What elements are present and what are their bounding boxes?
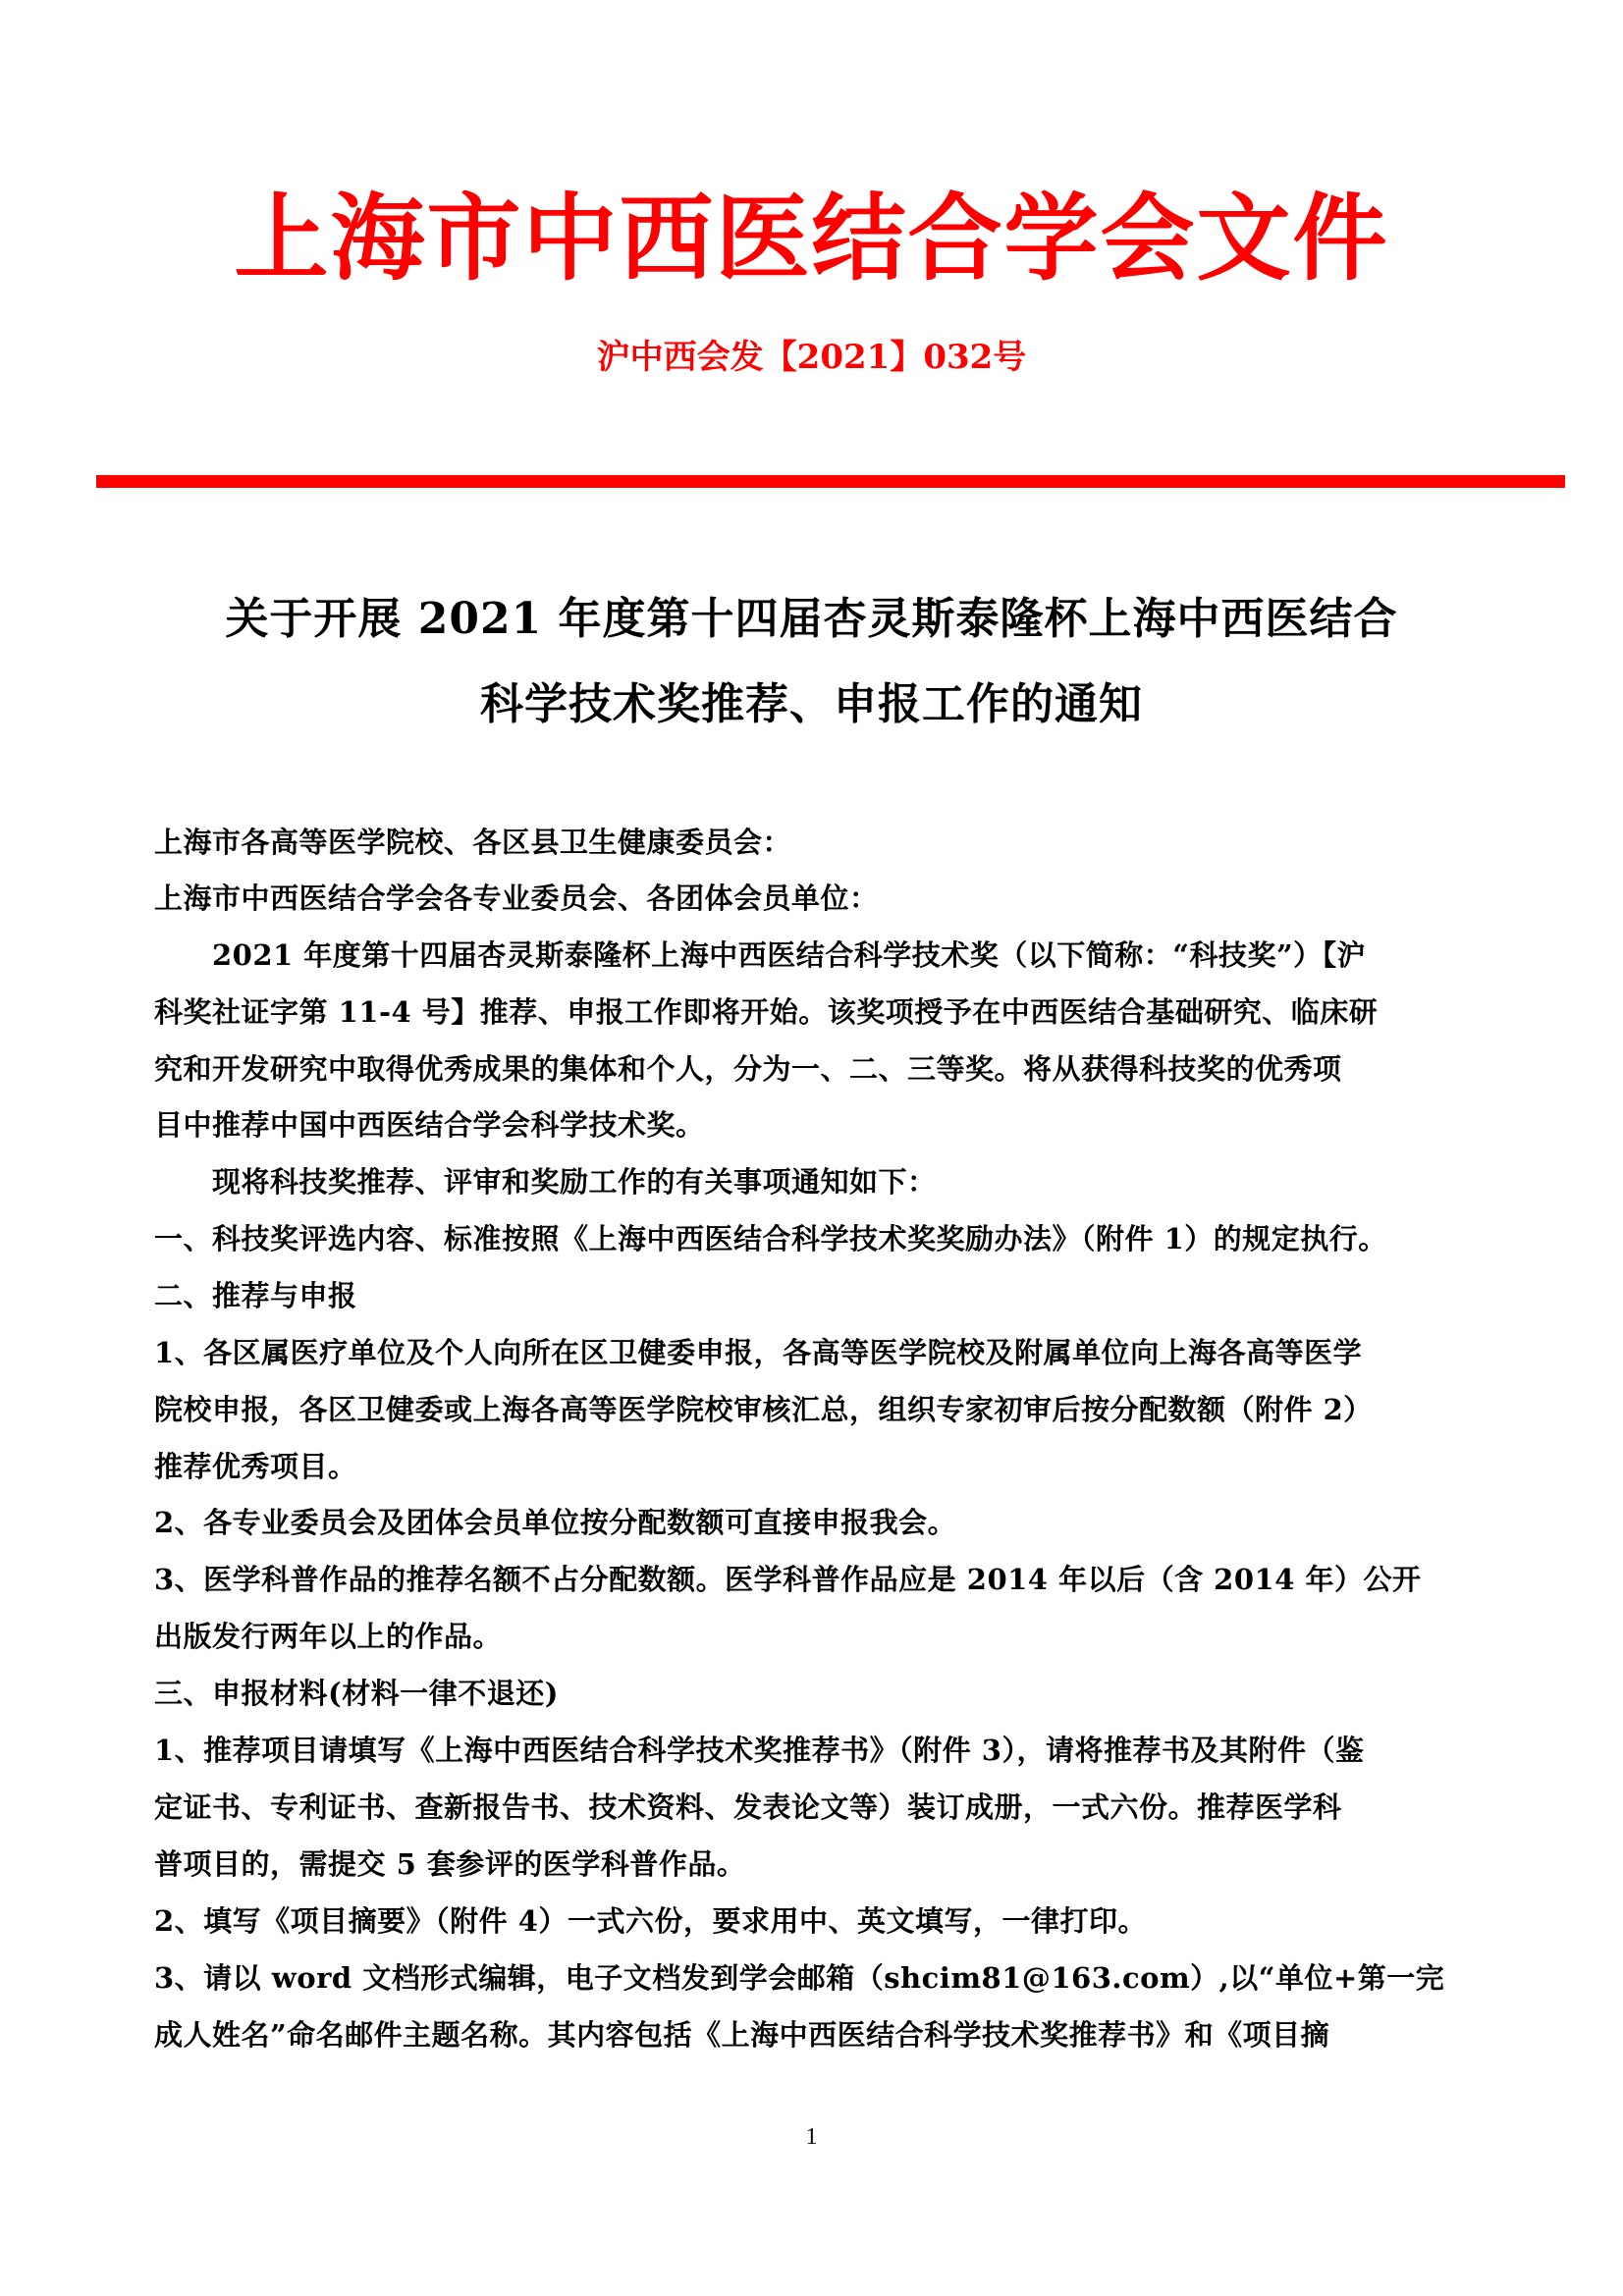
section-heading-1: 一、科技奖评选内容、标准按照《上海中西医结合科学技术奖奖励办法》（附件 1）的规… (154, 1219, 1509, 1258)
body-line: 2021 年度第十四届杏灵斯泰隆杯上海中西医结合科学技术奖（以下简称：“科技奖”… (154, 935, 1509, 975)
notice-title-line-1: 关于开展 2021 年度第十四届杏灵斯泰隆杯上海中西医结合 (0, 592, 1623, 647)
addressee-line-1: 上海市各高等医学院校、各区县卫生健康委员会： (154, 823, 1509, 862)
section-heading-3: 三、申报材料(材料一律不退还) (154, 1674, 1509, 1713)
page-number: 1 (0, 2122, 1623, 2152)
body-line: 1、推荐项目请填写《上海中西医结合科学技术奖推荐书》（附件 3），请将推荐书及其… (154, 1731, 1509, 1770)
body-line: 1、各区属医疗单位及个人向所在区卫健委申报，各高等医学院校及附属单位向上海各高等… (154, 1333, 1509, 1372)
org-title: 上海市中西医结合学会文件 (0, 185, 1623, 293)
body-line: 推荐优秀项目。 (154, 1447, 1509, 1486)
body-line: 3、医学科普作品的推荐名额不占分配数额。医学科普作品应是 2014 年以后（含 … (154, 1560, 1509, 1599)
doc-number: 沪中西会发【2021】032号 (0, 336, 1623, 379)
body-line: 现将科技奖推荐、评审和奖励工作的有关事项通知如下： (154, 1162, 1509, 1201)
notice-title-line-2: 科学技术奖推荐、申报工作的通知 (0, 677, 1623, 732)
body-line: 3、请以 word 文档形式编辑，电子文档发到学会邮箱（shcim81@163.… (154, 1958, 1509, 1998)
body-line: 科奖社证字第 11-4 号】推荐、申报工作即将开始。该奖项授予在中西医结合基础研… (154, 992, 1509, 1032)
body-line: 2、各专业委员会及团体会员单位按分配数额可直接申报我会。 (154, 1503, 1509, 1542)
body-line: 目中推荐中国中西医结合学会科学技术奖。 (154, 1105, 1509, 1145)
body-line: 定证书、专利证书、查新报告书、技术资料、发表论文等）装订成册，一式六份。推荐医学… (154, 1788, 1509, 1827)
body-line: 成人姓名”命名邮件主题名称。其内容包括《上海中西医结合科学技术奖推荐书》和《项目… (154, 2015, 1509, 2055)
body-line: 2、填写《项目摘要》（附件 4）一式六份，要求用中、英文填写，一律打印。 (154, 1901, 1509, 1941)
body-line: 院校申报，各区卫健委或上海各高等医学院校审核汇总，组织专家初审后按分配数额（附件… (154, 1390, 1509, 1429)
body-line: 普项目的，需提交 5 套参评的医学科普作品。 (154, 1844, 1509, 1884)
red-divider (96, 475, 1565, 488)
body-line: 究和开发研究中取得优秀成果的集体和个人，分为一、二、三等奖。将从获得科技奖的优秀… (154, 1049, 1509, 1089)
document-page: 上海市中西医结合学会文件 沪中西会发【2021】032号 关于开展 2021 年… (0, 0, 1623, 2296)
body-line: 出版发行两年以上的作品。 (154, 1617, 1509, 1656)
section-heading-2: 二、推荐与申报 (154, 1276, 1509, 1315)
addressee-line-2: 上海市中西医结合学会各专业委员会、各团体会员单位： (154, 879, 1509, 918)
